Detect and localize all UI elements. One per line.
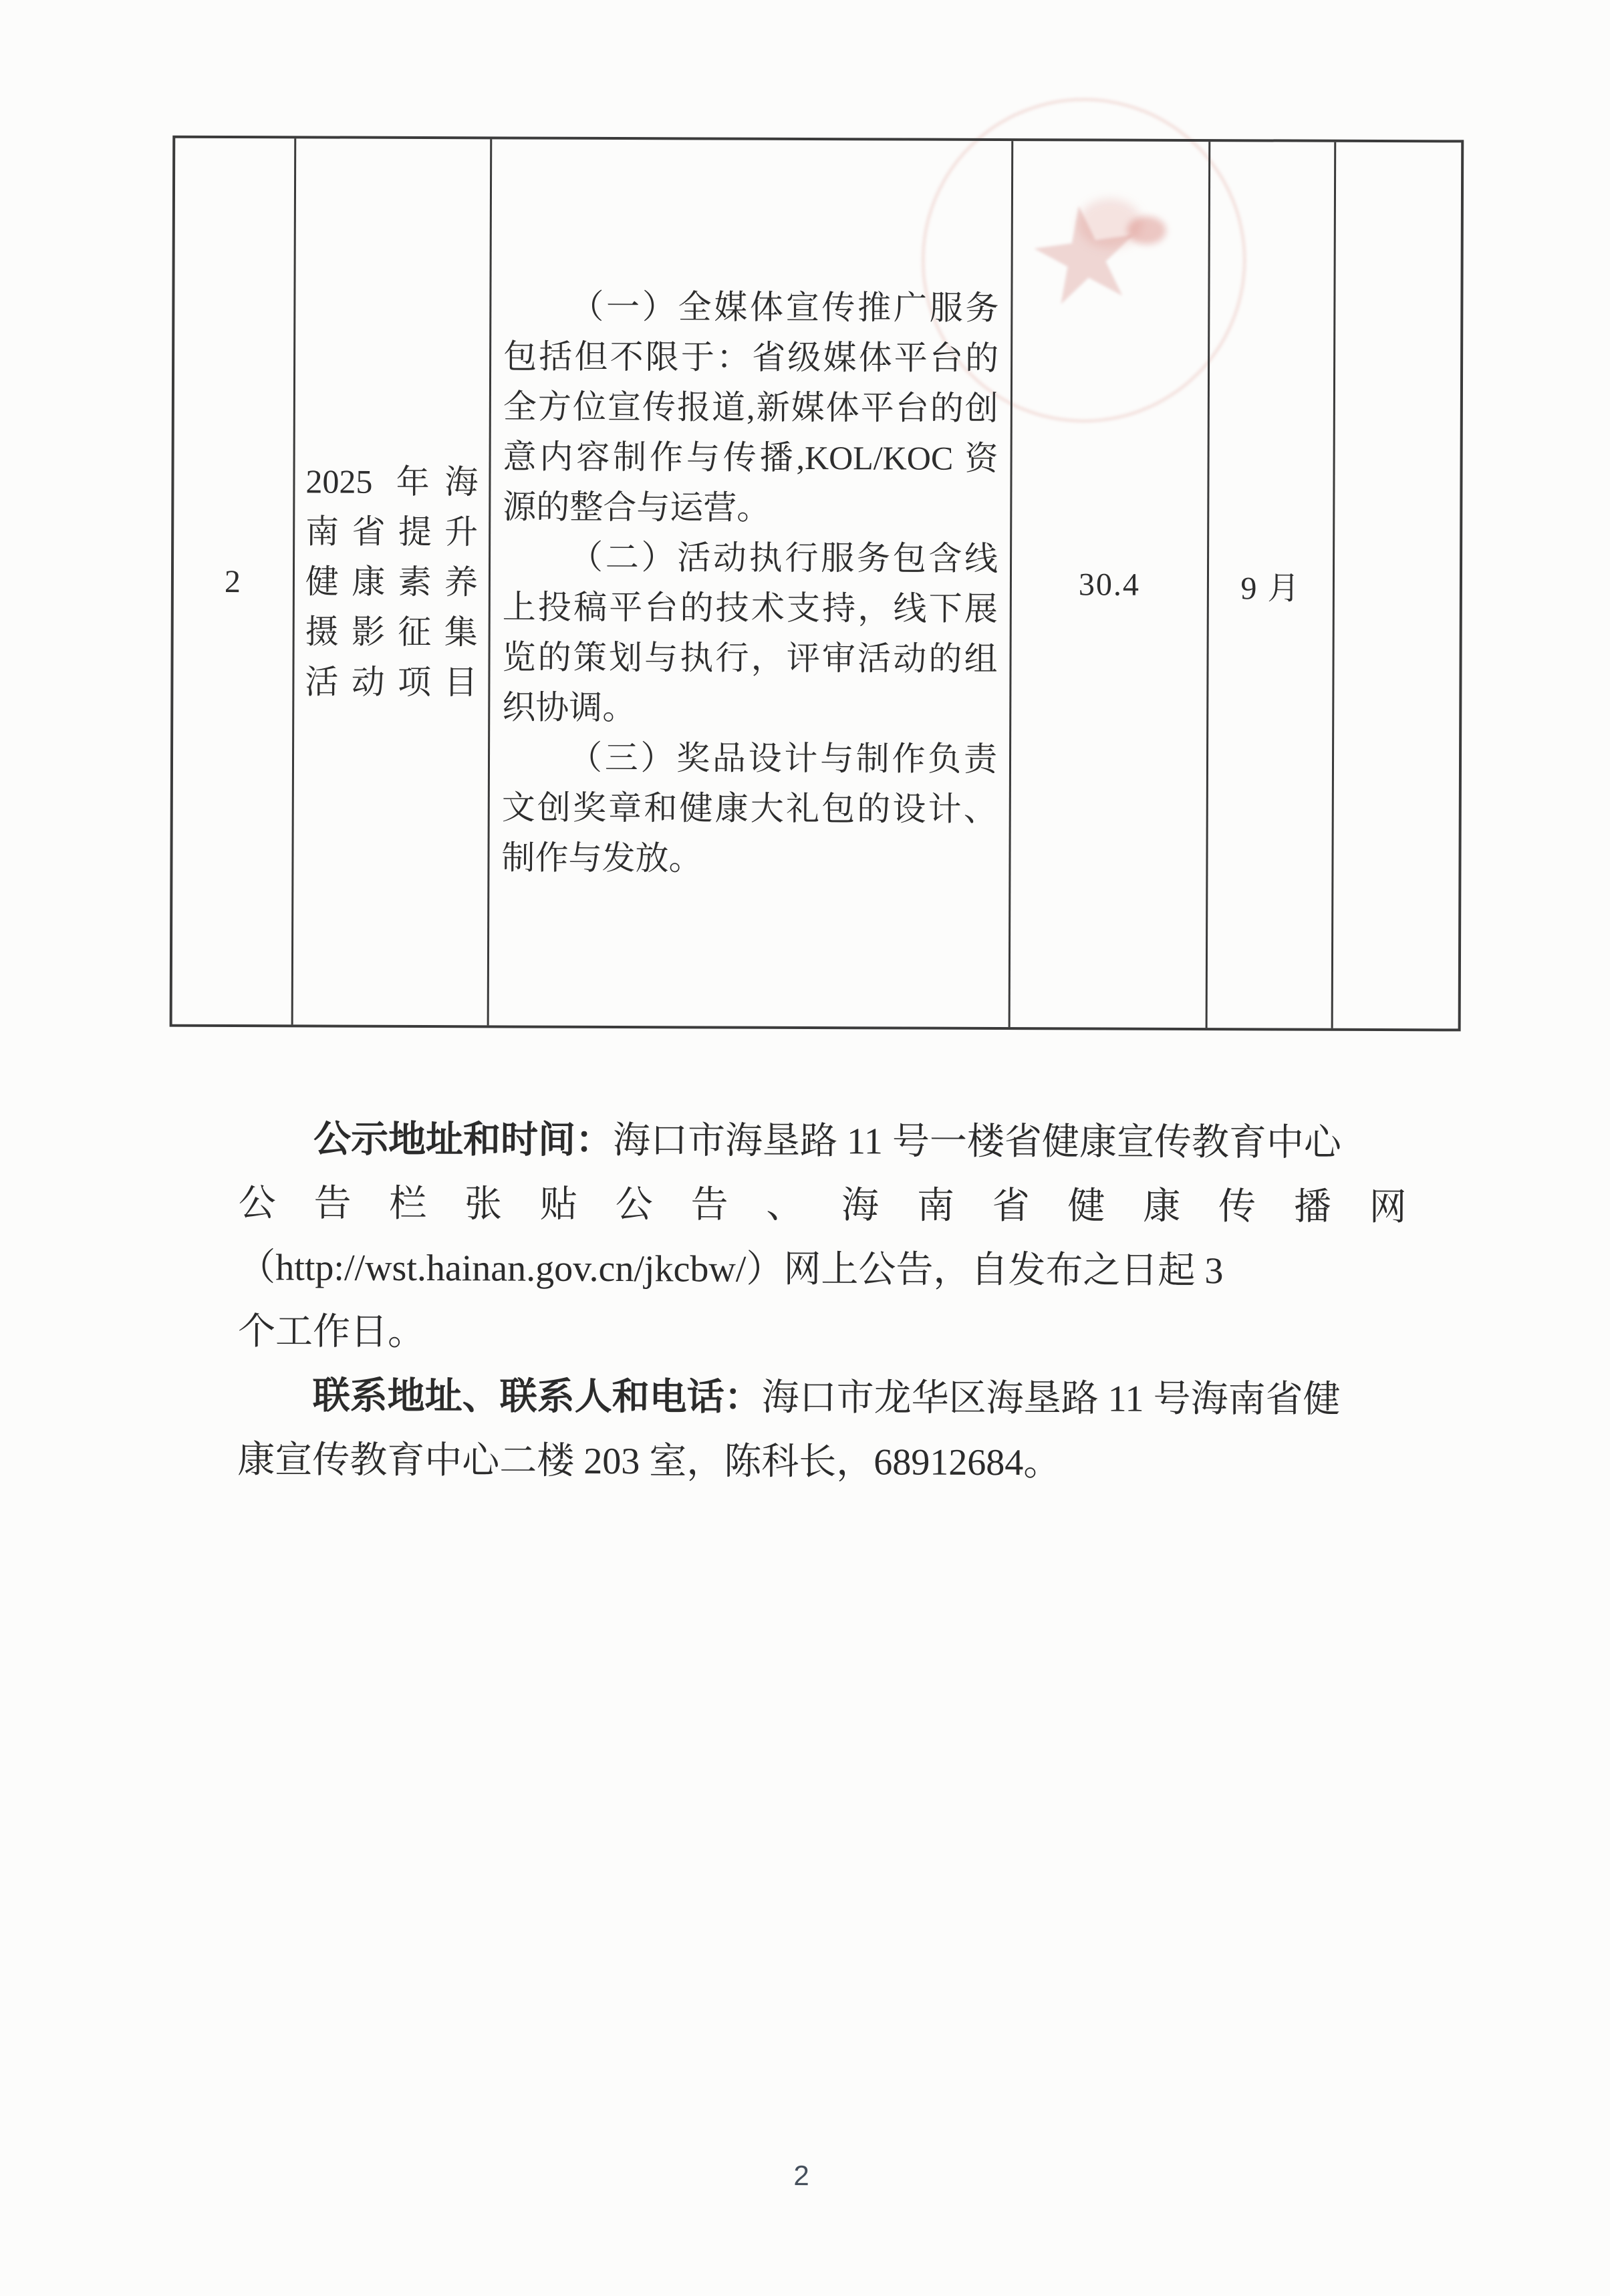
project-name-line: 2025 年海: [305, 456, 478, 507]
project-name-line: 摄影征集: [305, 607, 478, 658]
announcement-text-block: 公示地址和时间：海口市海垦路 11 号一楼省健康宣传教育中心 公告栏张贴公告、海…: [237, 1107, 1407, 1496]
page-number: 2: [0, 2157, 1607, 2194]
budget-amount: 30.4: [1079, 566, 1140, 603]
project-name-line: 南省提升: [305, 507, 478, 557]
table-cell-time: 9 月: [1208, 142, 1337, 1028]
serial-number: 2: [225, 563, 242, 599]
notice-paragraph-line: 公示地址和时间：海口市海垦路 11 号一楼省健康宣传教育中心: [239, 1107, 1407, 1175]
table-cell-budget: 30.4: [1011, 141, 1211, 1028]
contact-line1-text: 海口市龙华区海垦路 11 号海南省健: [762, 1377, 1341, 1421]
service-description-paragraph: （三）奖品设计与制作负责文创奖章和健康大礼包的设计、制作与发放。: [501, 732, 997, 885]
project-name-line: 健康素养: [305, 557, 478, 607]
time-value: 9 月: [1240, 562, 1301, 608]
table-cell-serial: 2: [172, 138, 297, 1025]
scanned-document-page: ★ 2 2025 年海 南省提升 健康素养 摄影征集 活动项目 （一）全媒体宣传…: [0, 0, 1610, 2296]
notice-paragraph-line: 个工作日。: [238, 1300, 1406, 1368]
table-cell-project-name: 2025 年海 南省提升 健康素养 摄影征集 活动项目: [293, 138, 493, 1025]
notice-paragraph-line: （http://wst.hainan.gov.cn/jkcbw/）网上公告，自发…: [238, 1236, 1406, 1304]
service-description-paragraph: （一）全媒体宣传推广服务包括但不限于：省级媒体平台的全方位宣传报道,新媒体平台的…: [503, 281, 998, 534]
notice-line1-text: 海口市海垦路 11 号一楼省健康宣传教育中心: [613, 1120, 1341, 1164]
project-table: 2 2025 年海 南省提升 健康素养 摄影征集 活动项目 （一）全媒体宣传推广…: [170, 136, 1464, 1032]
table-cell-empty: [1333, 142, 1462, 1029]
notice-paragraph-line: 公告栏张贴公告、海南省健康传播网: [239, 1171, 1407, 1240]
contact-paragraph-line: 康宣传教育中心二楼 203 室，陈科长，68912684。: [237, 1428, 1405, 1496]
notice-label: 公示地址和时间：: [313, 1119, 613, 1161]
empty-cell-content: [1335, 585, 1460, 586]
table-cell-service-description: （一）全媒体宣传推广服务包括但不限于：省级媒体平台的全方位宣传报道,新媒体平台的…: [489, 139, 1014, 1027]
contact-paragraph-line: 联系地址、联系人和电话：海口市龙华区海垦路 11 号海南省健: [238, 1364, 1406, 1432]
contact-label: 联系地址、联系人和电话：: [313, 1375, 762, 1418]
project-name-line: 活动项目: [305, 657, 477, 708]
service-description-paragraph: （二）活动执行服务包含线上投稿平台的技术支持，线下展览的策划与执行，评审活动的组…: [502, 532, 998, 734]
